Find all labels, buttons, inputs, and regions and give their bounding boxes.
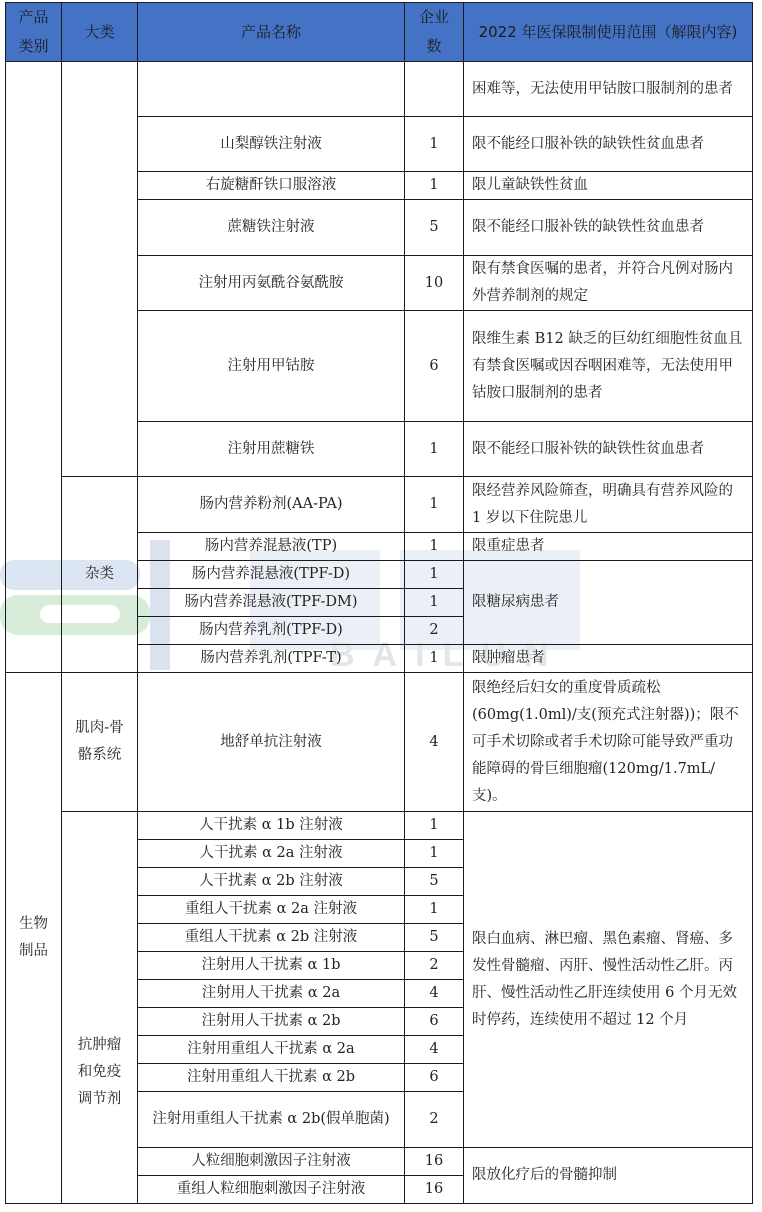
company-count: 2 — [404, 951, 464, 980]
scope-cell: 限维生素 B12 缺乏的巨幼红细胞性贫血且有禁食医嘱或因吞咽困难等，无法使用甲钴… — [463, 310, 753, 422]
scope-cell: 限肿瘤患者 — [463, 644, 753, 673]
company-count: 1 — [404, 532, 464, 561]
header-company-count: 企业数 — [404, 2, 464, 62]
company-count: 1 — [404, 895, 464, 924]
product-name: 肠内营养乳剂(TPF-T) — [137, 644, 405, 673]
scope-cell: 限绝经后妇女的重度骨质疏松(60mg(1.0ml)/支(预充式注射器))；限不可… — [463, 672, 753, 812]
company-count: 5 — [404, 199, 464, 256]
product-name: 注射用重组人干扰素 α 2b — [137, 1063, 405, 1092]
company-count: 2 — [404, 1091, 464, 1148]
scope-cell-merged: 限白血病、淋巴瘤、黑色素瘤、肾癌、多发性骨髓瘤、丙肝、慢性活动性乙肝。丙肝、慢性… — [463, 811, 753, 1148]
product-name: 右旋糖酐铁口服溶液 — [137, 171, 405, 200]
product-name: 人干扰素 α 2b 注射液 — [137, 867, 405, 896]
scope-cell: 限不能经口服补铁的缺铁性贫血患者 — [463, 199, 753, 256]
product-name: 重组人干扰素 α 2a 注射液 — [137, 895, 405, 924]
scope-cell-merged: 限糖尿病患者 — [463, 560, 753, 645]
restriction-table: BAILUN 产品类别 大类 产品名称 企业数 2022 年医保限制使用范围（解… — [0, 0, 762, 1212]
product-name: 注射用丙氨酰谷氨酰胺 — [137, 255, 405, 311]
category-cell-bio: 生物制品 — [5, 672, 62, 1204]
company-count: 1 — [404, 116, 464, 172]
product-name: 注射用人干扰素 α 2a — [137, 979, 405, 1008]
company-count: 6 — [404, 310, 464, 422]
product-name: 注射用重组人干扰素 α 2a — [137, 1035, 405, 1064]
product-name: 肠内营养混悬液(TP) — [137, 532, 405, 561]
company-count: 1 — [404, 560, 464, 589]
product-name: 肠内营养乳剂(TPF-D) — [137, 616, 405, 645]
company-count: 6 — [404, 1063, 464, 1092]
company-count: 2 — [404, 616, 464, 645]
company-count: 1 — [404, 476, 464, 533]
product-name: 注射用重组人干扰素 α 2b(假单胞菌) — [137, 1091, 405, 1148]
subcategory-cell-antitumor: 抗肿瘤和免疫调节剂 — [61, 811, 138, 1204]
product-name: 肠内营养混悬液(TPF-D) — [137, 560, 405, 589]
product-name: 注射用人干扰素 α 2b — [137, 1007, 405, 1036]
company-count: 1 — [404, 421, 464, 477]
header-category: 产品类别 — [5, 2, 62, 62]
product-name: 重组人干扰素 α 2b 注射液 — [137, 923, 405, 952]
header-scope: 2022 年医保限制使用范围（解限内容) — [463, 2, 753, 62]
product-name: 肠内营养混悬液(TPF-DM) — [137, 588, 405, 617]
product-name: 山梨醇铁注射液 — [137, 116, 405, 172]
product-name: 蔗糖铁注射液 — [137, 199, 405, 256]
subcategory-cell-misc: 杂类 — [61, 476, 138, 673]
product-name: 人粒细胞刺激因子注射液 — [137, 1147, 405, 1176]
product-name: 注射用蔗糖铁 — [137, 421, 405, 477]
scope-cell: 限有禁食医嘱的患者，并符合凡例对肠内外营养制剂的规定 — [463, 255, 753, 311]
company-count: 5 — [404, 867, 464, 896]
scope-cell: 限儿童缺铁性贫血 — [463, 171, 753, 200]
company-count: 4 — [404, 979, 464, 1008]
scope-cell: 限重症患者 — [463, 532, 753, 561]
company-count: 1 — [404, 839, 464, 868]
category-cell-continued — [5, 61, 62, 673]
company-count: 16 — [404, 1147, 464, 1176]
company-count — [404, 61, 464, 117]
company-count: 4 — [404, 672, 464, 812]
company-count: 1 — [404, 811, 464, 840]
header-subcategory: 大类 — [61, 2, 138, 62]
company-count: 1 — [404, 171, 464, 200]
scope-cell: 限经营养风险筛查，明确具有营养风险的 1 岁以下住院患儿 — [463, 476, 753, 533]
scope-cell: 困难等，无法使用甲钴胺口服制剂的患者 — [463, 61, 753, 117]
scope-cell-merged: 限放化疗后的骨髓抑制 — [463, 1147, 753, 1204]
company-count: 10 — [404, 255, 464, 311]
product-name — [137, 61, 405, 117]
product-name: 地舒单抗注射液 — [137, 672, 405, 812]
product-name: 肠内营养粉剂(AA-PA) — [137, 476, 405, 533]
product-name: 重组人粒细胞刺激因子注射液 — [137, 1175, 405, 1204]
company-count: 4 — [404, 1035, 464, 1064]
company-count: 5 — [404, 923, 464, 952]
product-name: 注射用甲钴胺 — [137, 310, 405, 422]
company-count: 16 — [404, 1175, 464, 1204]
company-count: 1 — [404, 588, 464, 617]
subcategory-cell-continued — [61, 61, 138, 477]
header-product-name: 产品名称 — [137, 2, 405, 62]
product-name: 人干扰素 α 1b 注射液 — [137, 811, 405, 840]
scope-cell: 限不能经口服补铁的缺铁性贫血患者 — [463, 116, 753, 172]
company-count: 1 — [404, 644, 464, 673]
subcategory-cell-musculoskeletal: 肌肉-骨骼系统 — [61, 672, 138, 812]
product-name: 注射用人干扰素 α 1b — [137, 951, 405, 980]
scope-cell: 限不能经口服补铁的缺铁性贫血患者 — [463, 421, 753, 477]
company-count: 6 — [404, 1007, 464, 1036]
product-name: 人干扰素 α 2a 注射液 — [137, 839, 405, 868]
